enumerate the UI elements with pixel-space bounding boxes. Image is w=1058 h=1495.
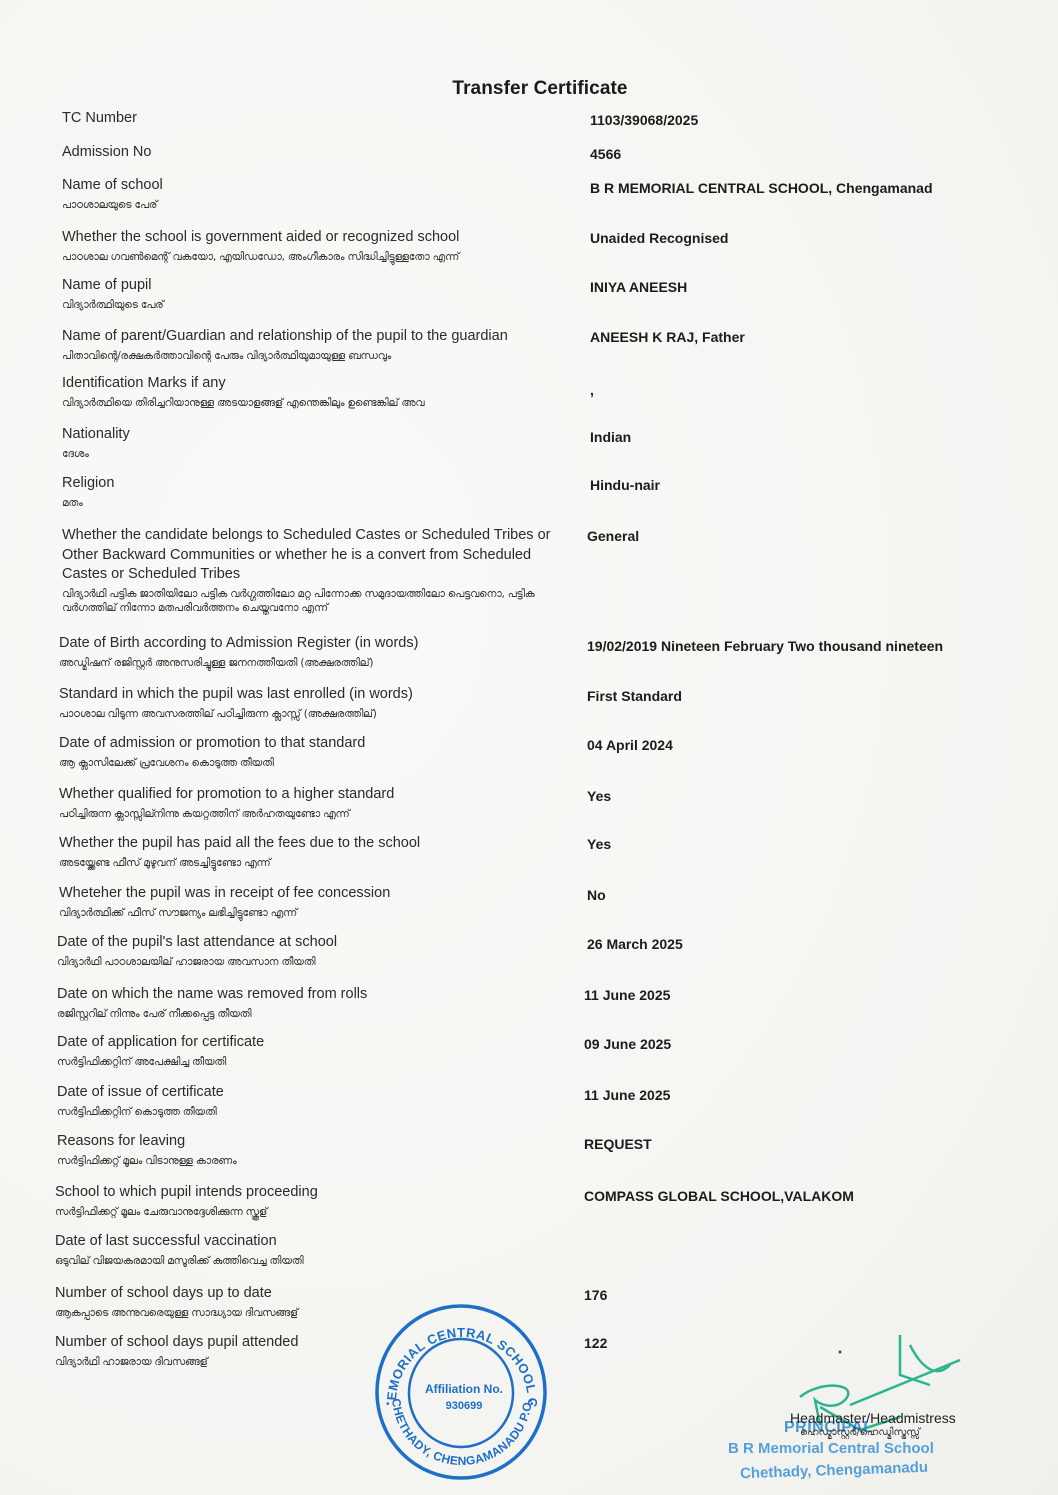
field-value: 19/02/2019 Nineteen February Two thousan… (587, 638, 943, 654)
svg-text:•: • (386, 1399, 390, 1410)
field-label: Admission No (62, 143, 562, 163)
field-label-ml: സർട്ടിഫിക്കറ്റിന് കൊടുത്ത തീയതി (57, 1105, 557, 1119)
field-value: 04 April 2024 (587, 737, 673, 753)
field-label-en: Name of school (62, 177, 163, 193)
field-label-en: TC Number (62, 110, 137, 126)
field-label-en: Whether the school is government aided o… (62, 229, 459, 245)
field-value: Indian (590, 429, 631, 445)
field-label-ml: വിദ്യാർഥി പട്ടിക ജാതിയിലോ പട്ടിക വർഗ്ഗത്… (62, 587, 562, 615)
field-value: 26 March 2025 (587, 936, 683, 952)
field-label: Date of the pupil's last attendance at s… (57, 933, 557, 969)
field-label: Whether the school is government aided o… (62, 228, 562, 264)
field-label: Standard in which the pupil was last enr… (59, 685, 559, 721)
field-label-ml: ദേശം (62, 447, 562, 461)
field-label-en: Standard in which the pupil was last enr… (59, 686, 413, 702)
field-label: Date of application for certificateസർട്ട… (57, 1033, 557, 1069)
field-label-en: Date of application for certificate (57, 1034, 264, 1050)
field-label-en: Nationality (62, 426, 130, 442)
field-label-ml: പാഠശാല ഗവൺമെന്റ് വകയോ, എയിഡഡോ, അംഗീകാരം … (62, 250, 562, 264)
certificate-page: Transfer Certificate TC Number1103/39068… (0, 0, 1058, 1495)
field-label: Reasons for leavingസർട്ടിഫിക്കറ്റ് മൂലം … (57, 1132, 557, 1168)
field-label-en: Date of issue of certificate (57, 1084, 224, 1100)
field-label-en: Identification Marks if any (62, 375, 226, 391)
field-label-ml: അഡ്മിഷന് രജിസ്റ്റർ അനുസരിച്ചുള്ള ജനനത്തീ… (59, 656, 559, 670)
field-label-ml: ഒടുവില് വിജയകരമായി മസൂരിക്ക് കുത്തിവെച്ച… (55, 1254, 555, 1268)
svg-text:•: • (530, 1399, 534, 1410)
field-label-en: Date on which the name was removed from … (57, 986, 367, 1002)
seal-school-name: B R Memorial Central School (728, 1440, 934, 1457)
field-label-en: Whether qualified for promotion to a hig… (59, 786, 394, 802)
field-label: Religionമതം (62, 474, 562, 510)
field-label-ml: രജിസ്റ്ററില് നിന്നും പേര് നീക്കപ്പെട്ട ത… (57, 1007, 557, 1021)
field-label-ml: ആ ക്ലാസിലേക്ക് പ്രവേശനം കൊടുത്ത തീയതി (59, 756, 559, 770)
field-label: Date of admission or promotion to that s… (59, 734, 559, 770)
field-value: Unaided Recognised (590, 230, 728, 246)
field-label: Whether the pupil has paid all the fees … (59, 834, 559, 870)
field-label: Date on which the name was removed from … (57, 985, 557, 1021)
field-label: Nationalityദേശം (62, 425, 562, 461)
field-label-ml: സർട്ടിഫിക്കറ്റ് മൂലം ചേരുവാനുദ്ദേശിക്കുന… (55, 1205, 555, 1219)
field-label-en: Whether the pupil has paid all the fees … (59, 835, 420, 851)
field-label-ml: വിദ്യാർത്ഥിക്ക് ഫീസ് സൗജന്യം ലഭിച്ചിട്ടു… (59, 906, 559, 920)
field-label-en: Date of admission or promotion to that s… (59, 735, 365, 751)
field-label-ml: പഠിച്ചിരുന്ന ക്ലാസ്സില്നിന്നു കയറ്റത്തിന… (59, 807, 559, 821)
field-label-en: Religion (62, 475, 114, 491)
field-label: Date of last successful vaccinationഒടുവി… (55, 1232, 555, 1268)
field-value: 176 (584, 1287, 607, 1303)
field-label: Name of schoolപാഠശാലയുടെ പേര് (62, 176, 562, 212)
field-label-ml: വിദ്യാർത്ഥിയെ തിരിച്ചറിയാനുള്ള അടയാളങ്ങള… (62, 396, 562, 410)
field-value: First Standard (587, 688, 682, 704)
field-value: Yes (587, 788, 611, 804)
field-value: No (587, 887, 606, 903)
field-value: ANEESH K RAJ, Father (590, 329, 745, 345)
field-label-en: Date of the pupil's last attendance at s… (57, 934, 337, 950)
field-value: B R MEMORIAL CENTRAL SCHOOL, Chengamanad (590, 180, 933, 196)
field-value: 09 June 2025 (584, 1036, 671, 1052)
signature-label: Headmaster/Headmistress (790, 1410, 956, 1426)
field-value: General (587, 528, 639, 544)
field-label-en: Number of school days up to date (55, 1285, 272, 1301)
field-label: Name of parent/Guardian and relationship… (62, 327, 562, 363)
field-label-en: Whether the candidate belongs to Schedul… (62, 527, 550, 582)
field-value: REQUEST (584, 1136, 652, 1152)
document-title: Transfer Certificate (0, 78, 1058, 100)
field-label: Whether the candidate belongs to Schedul… (62, 526, 562, 615)
field-value: Hindu-nair (590, 477, 660, 493)
field-label-ml: മതം (62, 496, 562, 510)
field-label-en: School to which pupil intends proceeding (55, 1184, 318, 1200)
field-value: 11 June 2025 (584, 987, 670, 1003)
field-value: 4566 (590, 146, 621, 162)
field-value: , (590, 382, 594, 398)
field-label-ml: പിതാവിന്റെ/രക്ഷകർത്താവിന്റെ പേരും വിദ്യാ… (62, 349, 562, 363)
field-label: Whether qualified for promotion to a hig… (59, 785, 559, 821)
field-label-en: Admission No (62, 144, 151, 160)
field-value: Yes (587, 836, 611, 852)
field-label: Date of issue of certificateസർട്ടിഫിക്കറ… (57, 1083, 557, 1119)
field-label-en: Date of Birth according to Admission Reg… (59, 635, 418, 651)
field-label-ml: വിദ്യാർഥി പാഠശാലയില് ഹാജരായ അവസാന തീയതി (57, 955, 557, 969)
field-value: INIYA ANEESH (590, 279, 687, 295)
field-label-ml: പാഠശാല വിടുന്ന അവസരത്തില് പഠിച്ചിരുന്ന ക… (59, 707, 559, 721)
field-label: Date of Birth according to Admission Reg… (59, 634, 559, 670)
field-value: 1103/39068/2025 (590, 112, 698, 128)
field-label: School to which pupil intends proceeding… (55, 1183, 555, 1219)
field-label: Identification Marks if anyവിദ്യാർത്ഥിയെ… (62, 374, 562, 410)
stamp-center-line2: 930699 (446, 1400, 483, 1412)
stamp-center-line1: Affiliation No. (425, 1382, 503, 1396)
field-label-en: Name of parent/Guardian and relationship… (62, 328, 508, 344)
field-label: Wheteher the pupil was in receipt of fee… (59, 884, 559, 920)
signature-label-ml: ഹെഡ്മാസ്റ്റർ/ഹെഡ്മിസ്ട്രസ്സ് (800, 1427, 920, 1438)
field-label-en: Name of pupil (62, 277, 151, 293)
field-label: TC Number (62, 109, 562, 129)
field-value: 11 June 2025 (584, 1087, 670, 1103)
field-label-en: Date of last successful vaccination (55, 1233, 277, 1249)
field-label-en: Wheteher the pupil was in receipt of fee… (59, 885, 390, 901)
field-value: 122 (584, 1335, 607, 1351)
field-label-en: Number of school days pupil attended (55, 1334, 298, 1350)
field-label-ml: വിദ്യാർത്ഥിയുടെ പേര് (62, 298, 562, 312)
field-label-ml: സർട്ടിഫിക്കറ്റിന് അപേക്ഷിച്ച തീയതി (57, 1055, 557, 1069)
field-label-ml: സർട്ടിഫിക്കറ്റ് മൂലം വിടാനുള്ള കാരണം (57, 1154, 557, 1168)
field-value: COMPASS GLOBAL SCHOOL,VALAKOM (584, 1188, 854, 1204)
field-label-ml: പാഠശാലയുടെ പേര് (62, 198, 562, 212)
field-label: Name of pupilവിദ്യാർത്ഥിയുടെ പേര് (62, 276, 562, 312)
field-label-ml: അടയ്ക്കേണ്ട ഫീസ് മുഴുവന് അടച്ചിട്ടുണ്ടോ … (59, 856, 559, 870)
field-label-en: Reasons for leaving (57, 1133, 185, 1149)
school-stamp: BR MEMORIAL CENTRAL SCHOOL CBSE CHETHADY… (372, 1303, 550, 1481)
